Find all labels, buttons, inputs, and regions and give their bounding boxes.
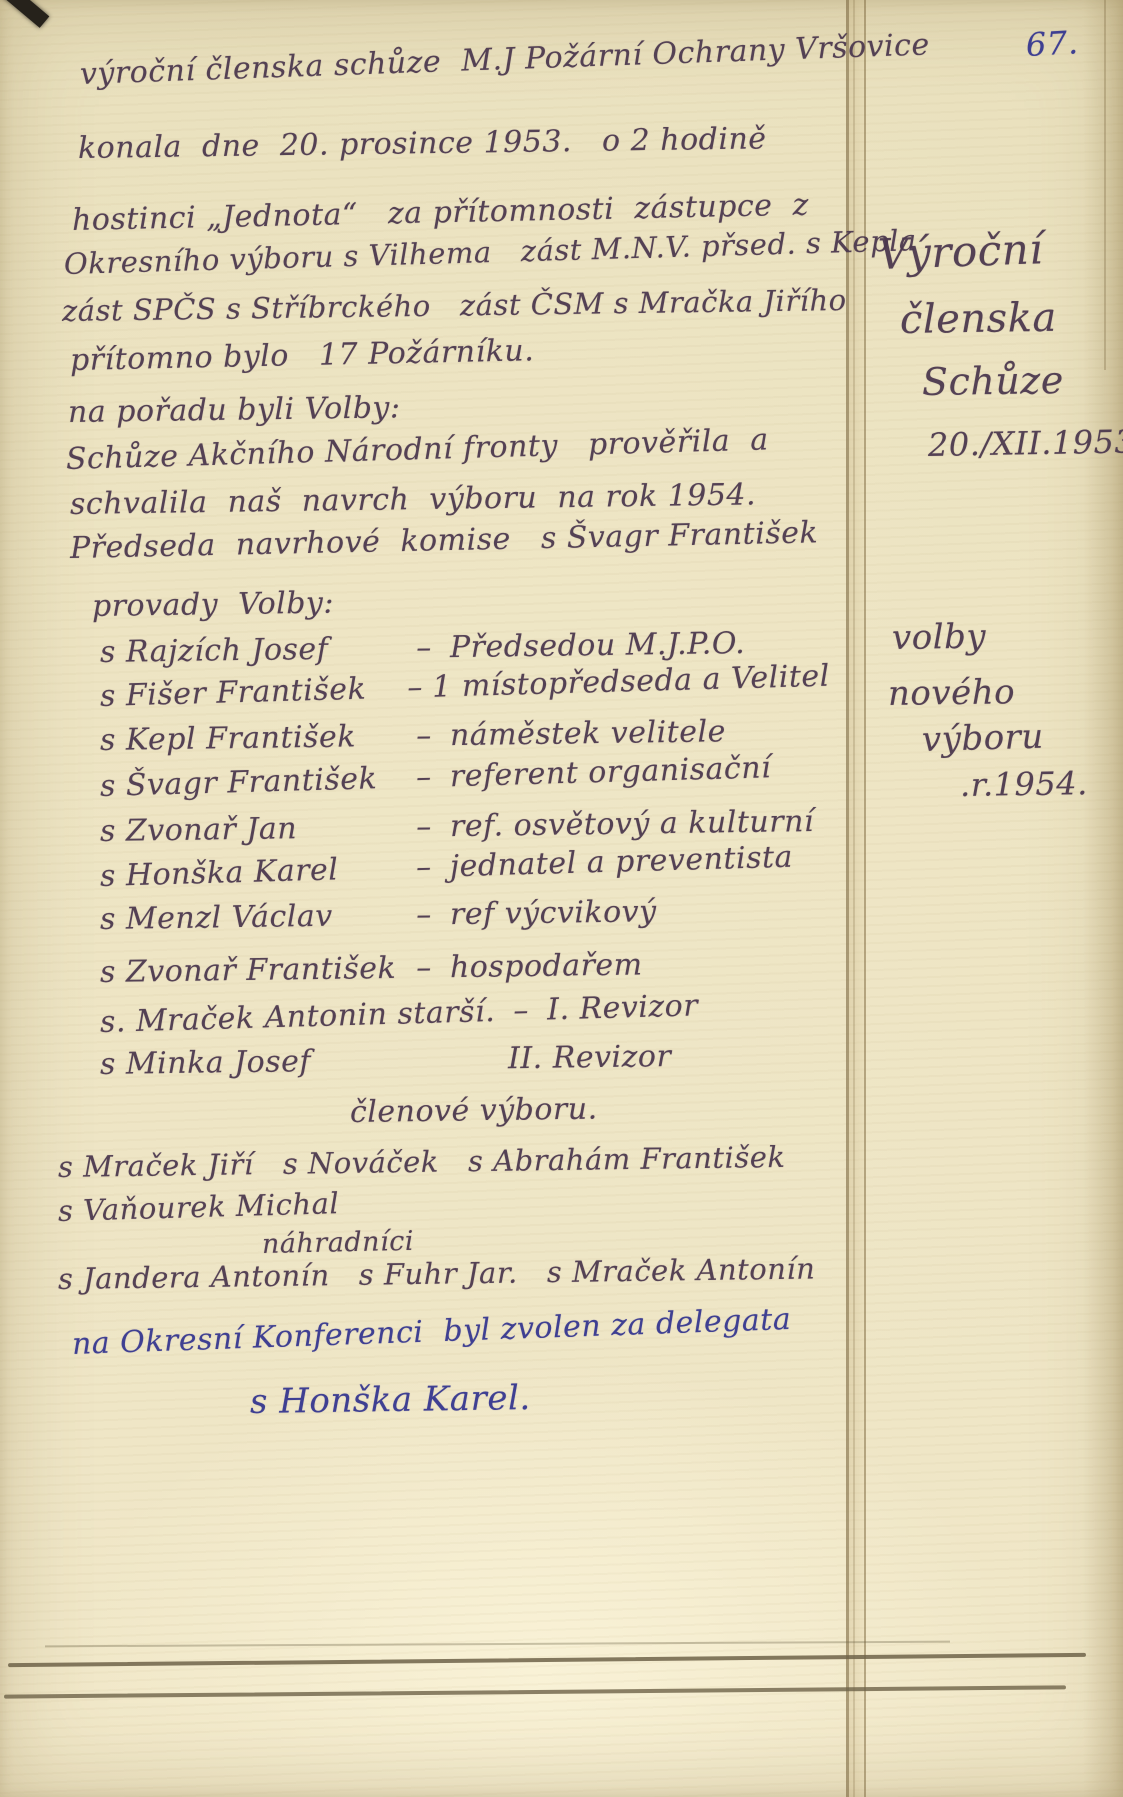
- elected-role: jednatel a preventista: [449, 840, 830, 884]
- margin-rule: [846, 0, 866, 1797]
- committee-members-line-1: s Mraček Jiří s Nováček s Abrahám Franti…: [58, 1142, 786, 1184]
- elected-name: s Zvonař František: [100, 952, 398, 989]
- election-row: s Minka JosefII. Revizor: [100, 1038, 830, 1081]
- elected-name: s Fišer František: [100, 672, 399, 713]
- dash-separator: –: [398, 719, 450, 753]
- elected-role: ref. osvětový a kulturní: [450, 805, 830, 843]
- elected-name: s Zvonař Jan: [100, 811, 398, 848]
- elected-name: s Kepl František: [100, 720, 398, 757]
- date-line: konala dne 20. prosince 1953. o 2 hodině: [78, 122, 767, 165]
- election-row: s Švagr František–referent organisační: [100, 750, 831, 803]
- org-delegates-line: zást SPČS s Stříbrckého zást ČSM s Mračk…: [62, 285, 847, 328]
- margin-note-elections-year: .r.1954.: [960, 766, 1088, 803]
- page-edge-crease: [1104, 0, 1106, 370]
- margin-note-elections-2: nového: [888, 674, 1016, 713]
- page-edge-shading: [1083, 0, 1123, 1797]
- elected-role: II. Revizor: [450, 1038, 830, 1076]
- attendance-line: přítomno bylo 17 Požárníku.: [70, 334, 535, 377]
- page-number: 67.: [1025, 25, 1079, 63]
- election-row: s Menzl Václav–ref výcvikový: [100, 893, 830, 936]
- agenda-line: na pořadu byli Volby:: [68, 391, 401, 429]
- bottom-rule-faint: [45, 1641, 950, 1648]
- dash-separator: –: [495, 994, 548, 1028]
- committee-heading: členové výboru.: [350, 1093, 598, 1129]
- bottom-rule-1: [8, 1653, 1086, 1667]
- dash-separator: –: [398, 898, 450, 932]
- elected-name: s Rajzích Josef: [100, 632, 398, 669]
- substitutes-heading: náhradníci: [262, 1227, 415, 1260]
- elected-name: s Švagr František: [100, 762, 399, 803]
- dash-separator: –: [397, 760, 450, 794]
- election-row: s Kepl František–náměstek velitele: [100, 714, 830, 757]
- margin-note-elections-3: výboru: [921, 719, 1044, 760]
- elected-role: ref výcvikový: [450, 893, 830, 931]
- elected-name: s Menzl Václav: [100, 899, 398, 936]
- elected-name: s Honška Karel: [100, 852, 399, 893]
- election-row: s Honška Karel–jednatel a preventista: [100, 840, 831, 893]
- elected-name: s Minka Josef: [100, 1044, 398, 1081]
- margin-note-title-2: členska: [900, 296, 1057, 342]
- title-line: výroční členska schůze M.J Požární Ochra…: [79, 28, 930, 91]
- elected-role: I. Revizor: [547, 986, 831, 1027]
- delegate-election-line: na Okresní Konferenci byl zvolen za dele…: [71, 1303, 791, 1361]
- margin-note-title-date: 20./XII.1953: [928, 424, 1123, 463]
- election-row: s. Mraček Antonin starší.–I. Revizor: [100, 986, 831, 1039]
- dash-separator: [398, 1069, 450, 1070]
- margin-note-title-1: Výroční: [877, 226, 1044, 278]
- elected-role: referent organisační: [449, 750, 830, 794]
- dash-separator: –: [398, 810, 450, 844]
- elected-role: 1 místopředseda a Velitel: [432, 660, 830, 704]
- election-row: s Zvonař František–hospodařem: [100, 946, 830, 989]
- dash-separator: –: [398, 631, 450, 665]
- session-review-line-2: schvalila naš navrch výboru na rok 1954.: [70, 478, 757, 521]
- margin-note-title-3: Schůze: [922, 360, 1064, 404]
- dash-separator: –: [397, 671, 432, 705]
- session-review-line-1: Schůze Akčního Národní fronty prověřila …: [66, 423, 770, 476]
- margin-note-elections-1: volby: [892, 619, 987, 658]
- elected-name: s. Mraček Antonin starší.: [100, 995, 496, 1039]
- committee-chair-line: Předseda navrhové komise s Švagr Františ…: [70, 516, 819, 565]
- bottom-rule-2: [4, 1685, 1066, 1698]
- elections-intro-line: provady Volby:: [92, 587, 334, 623]
- dash-separator: –: [397, 850, 450, 884]
- scanned-minutes-page: 67. výroční členska schůze M.J Požární O…: [0, 0, 1123, 1797]
- elected-role: hospodařem: [450, 946, 830, 984]
- committee-members-line-2: s Vaňourek Michal: [58, 1188, 340, 1228]
- dash-separator: –: [398, 951, 450, 985]
- substitutes-line: s Jandera Antonín s Fuhr Jar. s Mraček A…: [58, 1253, 816, 1295]
- elected-role: Předsedou M.J.P.O.: [450, 626, 830, 664]
- margin-rule-inner-line: [853, 0, 855, 1797]
- scan-corner-artifact: [0, 0, 49, 28]
- delegate-name-line: s Honška Karel.: [250, 1380, 531, 1421]
- elected-role: náměstek velitele: [450, 714, 830, 752]
